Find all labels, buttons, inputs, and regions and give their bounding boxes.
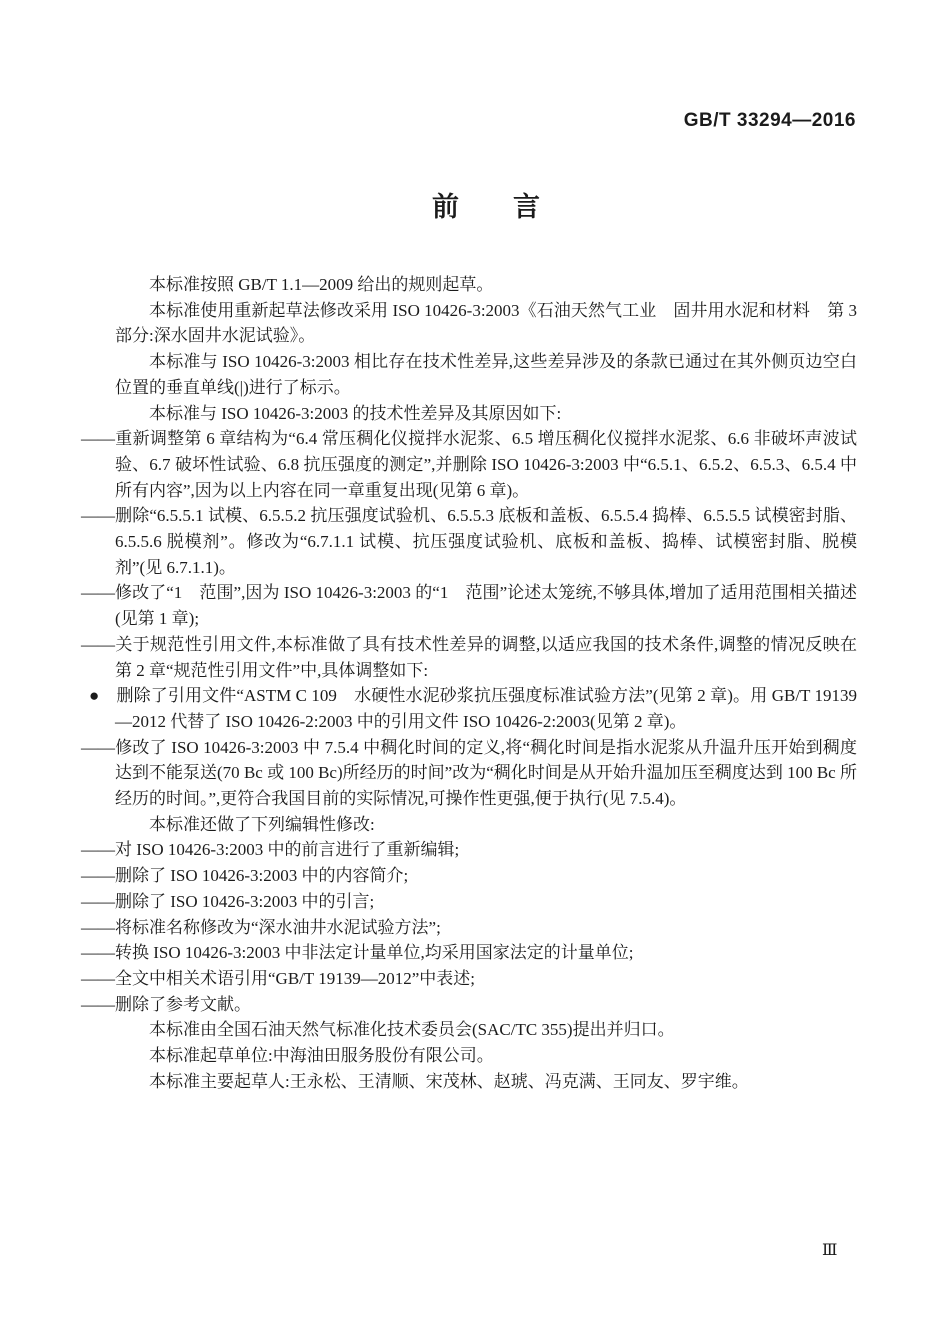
page-title: 前 言 <box>115 190 857 224</box>
foreword-content: 本标准按照 GB/T 1.1—2009 给出的规则起草。本标准使用重新起草法修改… <box>115 272 857 1095</box>
paragraph-dash: ——修改了 ISO 10426-3:2003 中 7.5.4 中稠化时间的定义,… <box>115 735 857 812</box>
page-number: Ⅲ <box>822 1240 837 1260</box>
paragraph-dash: ——删除了 ISO 10426-3:2003 中的引言; <box>115 889 857 915</box>
paragraph-dash: ——转换 ISO 10426-3:2003 中非法定计量单位,均采用国家法定的计… <box>115 940 857 966</box>
paragraph-body: 本标准主要起草人:王永松、王清顺、宋茂林、赵琥、冯克满、王同友、罗宇维。 <box>115 1069 857 1095</box>
paragraph-bullet: ● 删除了引用文件“ASTM C 109 水硬性水泥砂浆抗压强度标准试验方法”(… <box>115 683 857 734</box>
paragraph-dash: ——重新调整第 6 章结构为“6.4 常压稠化仪搅拌水泥浆、6.5 增压稠化仪搅… <box>115 426 857 503</box>
paragraph-body: 本标准与 ISO 10426-3:2003 相比存在技术性差异,这些差异涉及的条… <box>115 349 857 400</box>
standard-code: GB/T 33294—2016 <box>684 110 856 132</box>
paragraph-body: 本标准与 ISO 10426-3:2003 的技术性差异及其原因如下: <box>115 401 857 427</box>
paragraph-dash: ——全文中相关术语引用“GB/T 19139—2012”中表述; <box>115 966 857 992</box>
paragraph-dash: ——对 ISO 10426-3:2003 中的前言进行了重新编辑; <box>115 837 857 863</box>
paragraph-body: 本标准由全国石油天然气标准化技术委员会(SAC/TC 355)提出并归口。 <box>115 1017 857 1043</box>
paragraph-body: 本标准使用重新起草法修改采用 ISO 10426-3:2003《石油天然气工业 … <box>115 298 857 349</box>
paragraph-dash: ——删除了 ISO 10426-3:2003 中的内容简介; <box>115 863 857 889</box>
paragraph-dash: ——修改了“1 范围”,因为 ISO 10426-3:2003 的“1 范围”论… <box>115 580 857 631</box>
document-page: GB/T 33294—2016 前 言 本标准按照 GB/T 1.1—2009 … <box>0 0 950 1344</box>
paragraph-dash: ——将标准名称修改为“深水油井水泥试验方法”; <box>115 915 857 941</box>
paragraph-body: 本标准起草单位:中海油田服务股份有限公司。 <box>115 1043 857 1069</box>
paragraph-dash: ——删除了参考文献。 <box>115 992 857 1018</box>
paragraph-dash: ——删除“6.5.5.1 试模、6.5.5.2 抗压强度试验机、6.5.5.3 … <box>115 503 857 580</box>
paragraph-body: 本标准还做了下列编辑性修改: <box>115 812 857 838</box>
paragraph-body: 本标准按照 GB/T 1.1—2009 给出的规则起草。 <box>115 272 857 298</box>
paragraph-dash: ——关于规范性引用文件,本标准做了具有技术性差异的调整,以适应我国的技术条件,调… <box>115 632 857 683</box>
